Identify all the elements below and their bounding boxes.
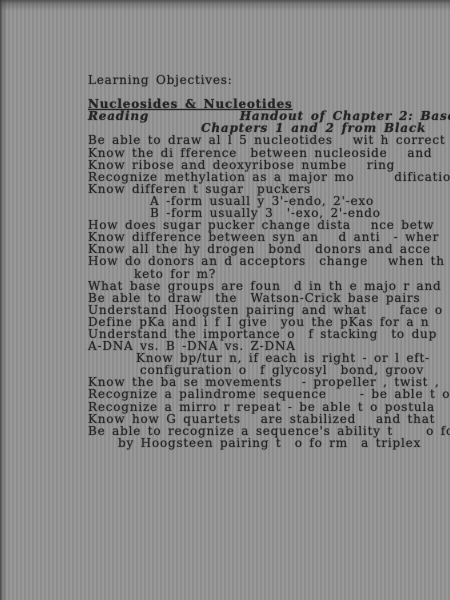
document-line: Learning Objectives: bbox=[88, 74, 450, 86]
document-line: by Hoogsteen pairing t o fo rm a triplex bbox=[88, 437, 450, 449]
document-line: What base groups are foun d in th e majo… bbox=[88, 280, 450, 292]
document-line: Know the di fference between nucleoside … bbox=[88, 147, 450, 159]
document-line: How do donors an d acceptors change when… bbox=[88, 255, 450, 267]
scan-top-shadow bbox=[0, 0, 450, 12]
document-line: Recognize a palindrome sequence - be abl… bbox=[88, 388, 450, 400]
document-body: Learning Objectives:Nucleosides & Nucleo… bbox=[88, 74, 450, 449]
document-line: keto for m? bbox=[88, 268, 450, 280]
document-line: Recognize a mirro r repeat - be able t o… bbox=[88, 401, 450, 413]
document-line: Be able to draw the Watson-Crick base pa… bbox=[88, 292, 450, 304]
scanned-document-page: { "colors": { "background_stripe_dark": … bbox=[0, 0, 450, 600]
document-line: Be able to draw al l 5 nucleotides wit h… bbox=[88, 134, 450, 146]
document-line: Know ribose and deoxyribose numbe ring bbox=[88, 159, 450, 171]
scan-left-shadow bbox=[0, 0, 7, 600]
document-line: Be able to recognize a sequence's abilit… bbox=[88, 425, 450, 437]
document-line: Know how G quartets are stabilized and t… bbox=[88, 413, 450, 425]
